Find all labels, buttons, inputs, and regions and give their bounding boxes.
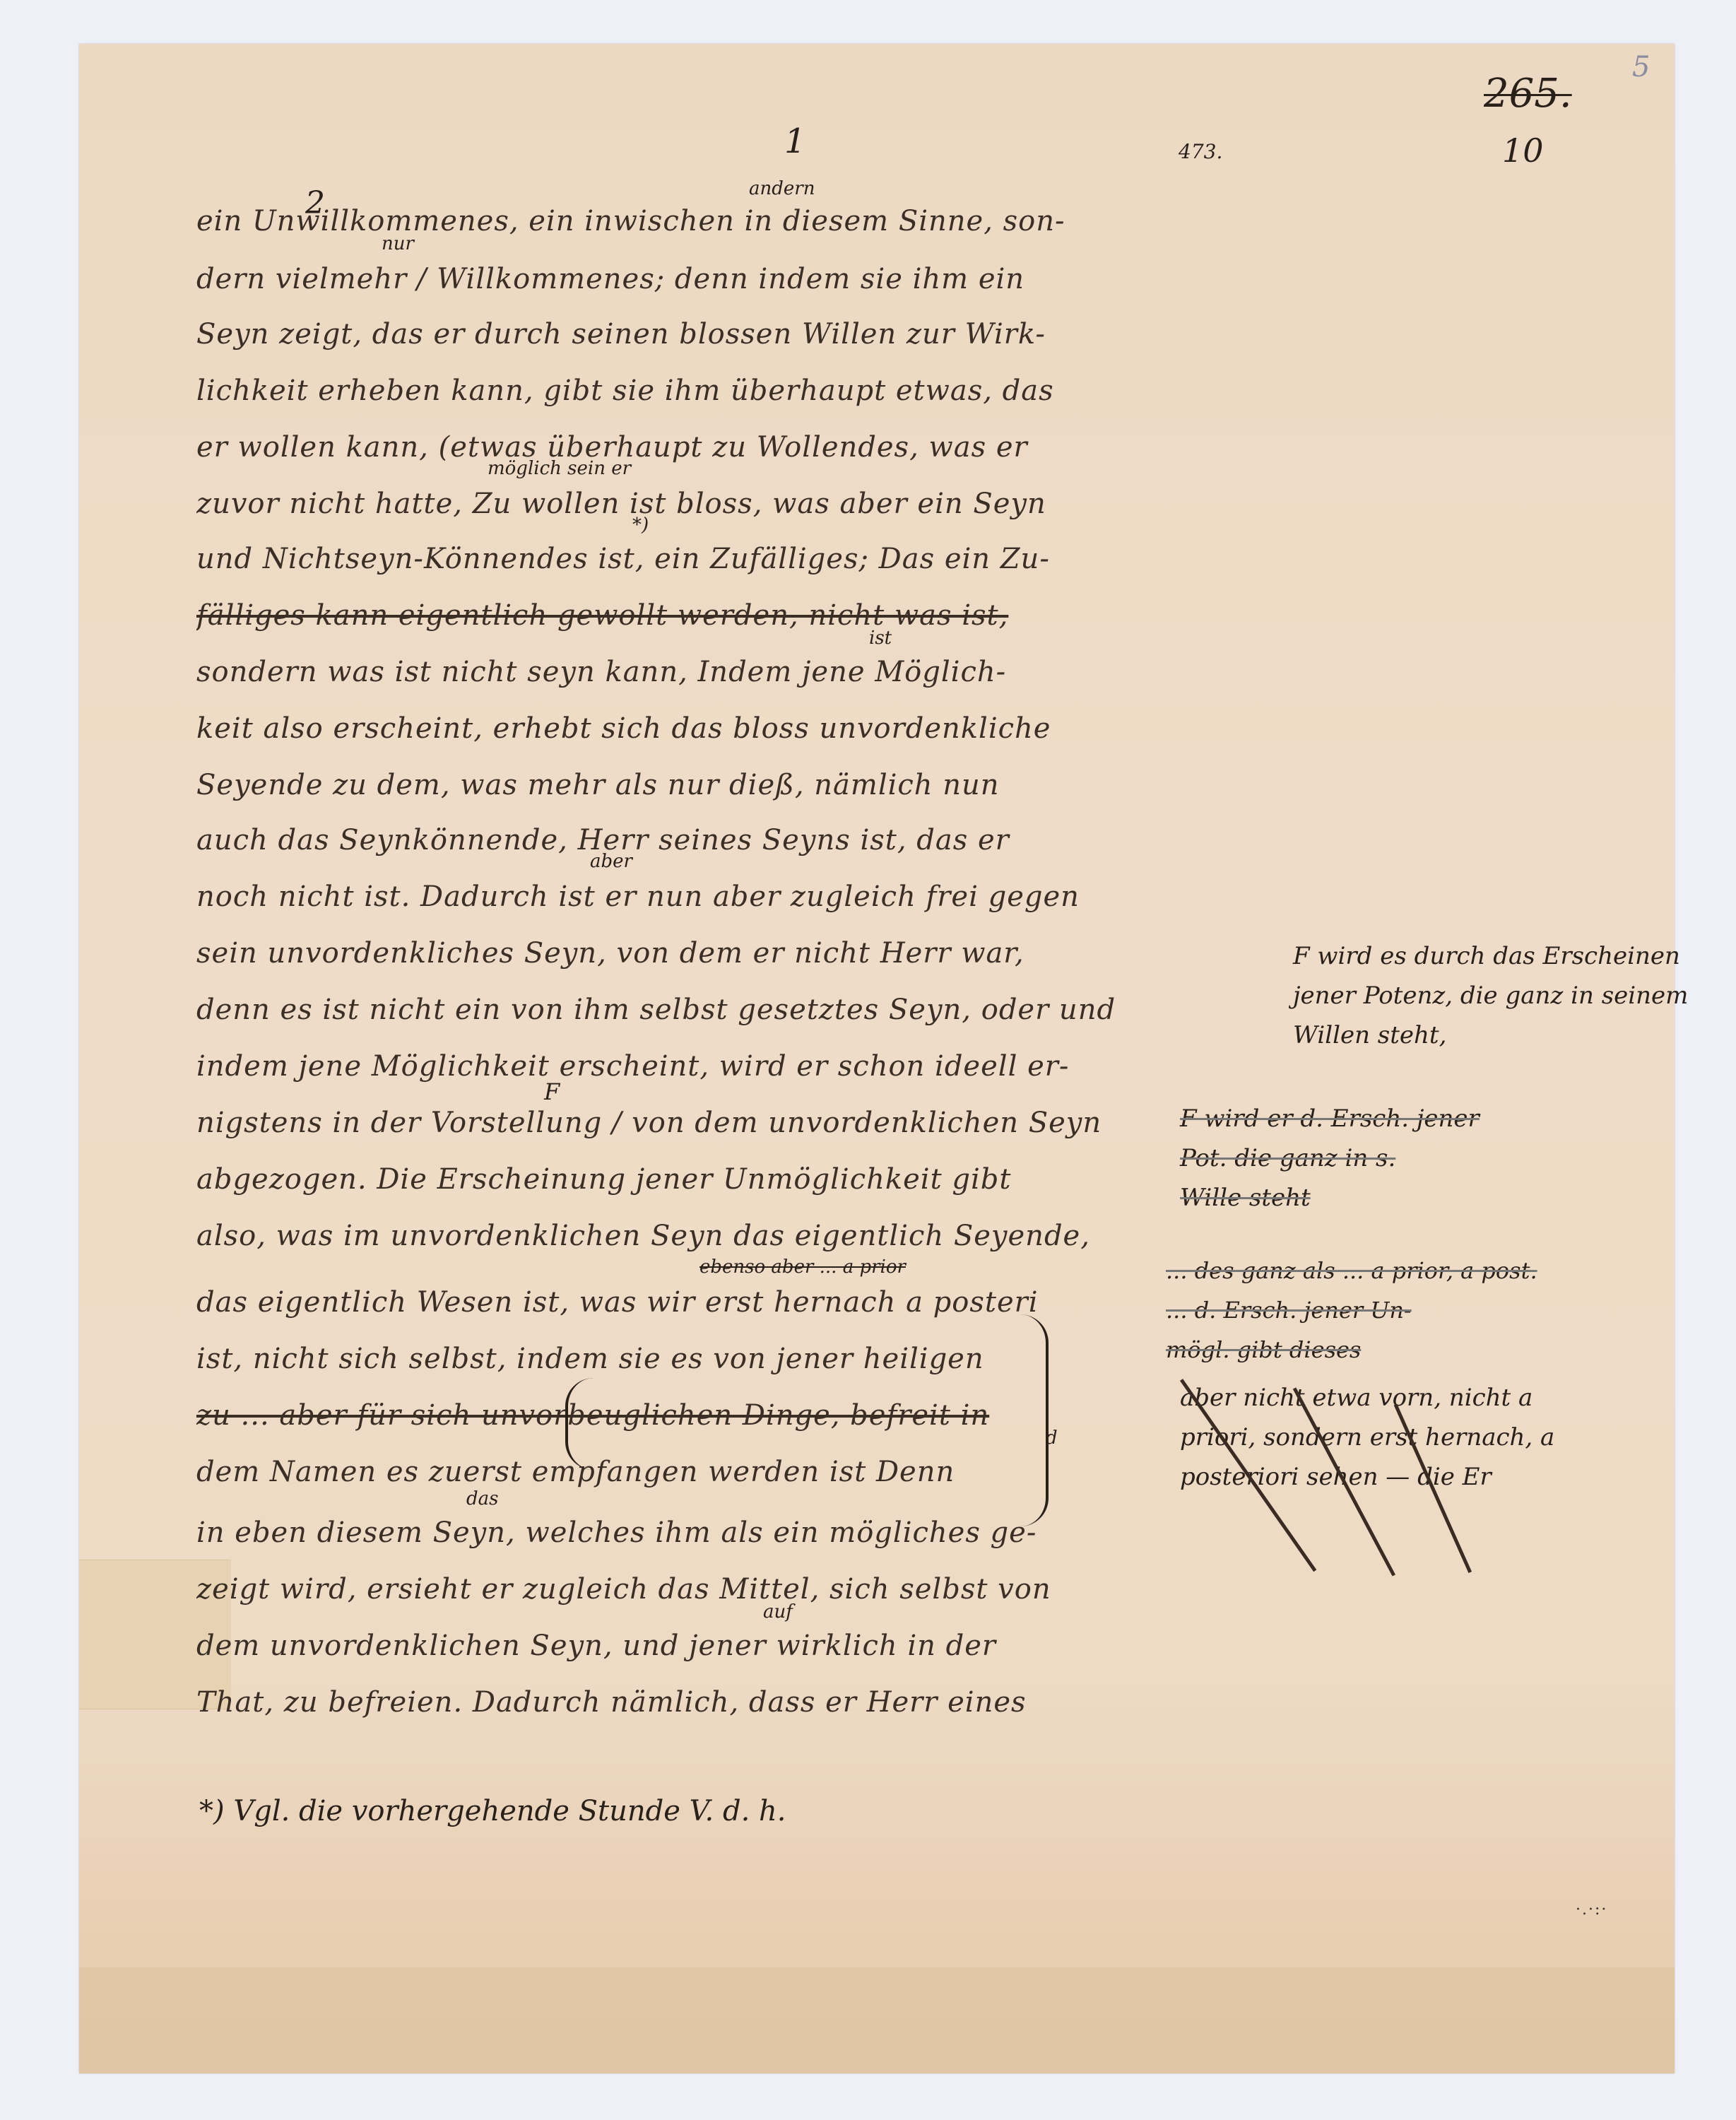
interlinear-insertion: ist <box>869 628 892 649</box>
margin-note-line: aber nicht etwa vorn, nicht a <box>1180 1378 1554 1418</box>
body-line: dem Namen es zuerst empfangen werden ist… <box>196 1456 1157 1488</box>
body-line: in eben diesem Seyn, welches ihm als ein… <box>196 1517 1157 1549</box>
body-line: That, zu befreien. Dadurch nämlich, dass… <box>196 1686 1157 1719</box>
insertion-bracket <box>565 1378 603 1470</box>
footnote: *) Vgl. die vorhergehende Stunde V. d. h… <box>199 1795 786 1827</box>
page-number: 473. <box>1179 140 1222 163</box>
body-line: Seyende zu dem, was mehr als nur dieß, n… <box>196 769 1157 801</box>
interlinear-insertion: nur <box>382 233 414 254</box>
interlinear-insertion: das <box>466 1488 499 1509</box>
ink-spots: ·.·:· <box>1576 1901 1607 1919</box>
interlinear-insertion: möglich sein er <box>488 458 631 479</box>
body-line: dem unvordenklichen Seyn, und jener wirk… <box>196 1630 1157 1662</box>
body-line: sein unvordenkliches Seyn, von dem er ni… <box>196 937 1157 970</box>
body-line: sondern was ist nicht seyn kann, Indem j… <box>196 656 1157 688</box>
body-line: keit also erscheint, erhebt sich das blo… <box>196 712 1157 745</box>
paper-stain-band <box>79 1967 1675 2073</box>
margin-note-struck: F wird er d. Ersch. jener Pot. die ganz … <box>1180 1099 1480 1218</box>
body-line: ein Unwillkommenes, ein inwischen in die… <box>196 205 1157 237</box>
body-line: ist, nicht sich selbst, indem sie es von… <box>196 1343 1157 1375</box>
body-line: das eigentlich Wesen ist, was wir erst h… <box>196 1286 1157 1319</box>
interlinear-insertion: ebenso aber ... a prior <box>699 1256 906 1278</box>
body-line: und Nichtseyn-Könnendes ist, ein Zufälli… <box>196 543 1157 575</box>
margin-note-line: posteriori sehen — die Er <box>1180 1457 1554 1497</box>
body-line-struck: fälliges kann eigentlich gewollt werden,… <box>196 599 1157 632</box>
pencil-folio-number: 5 <box>1632 51 1650 83</box>
body-line: also, was im unvordenklichen Seyn das ei… <box>196 1220 1157 1252</box>
body-line: Seyn zeigt, das er durch seinen blossen … <box>196 318 1157 351</box>
top-center-marker: 1 <box>784 122 806 161</box>
margin-note-struck: ... des ganz als ... a prior, a post. ..… <box>1166 1251 1537 1370</box>
interlinear-insertion: aber <box>590 851 632 872</box>
body-line: indem jene Möglichkeit erscheint, wird e… <box>196 1050 1157 1083</box>
interlinear-insertion: F <box>544 1078 560 1105</box>
body-line: lichkeit erheben kann, gibt sie ihm über… <box>196 375 1157 407</box>
old-folio-number: 265. <box>1484 71 1572 117</box>
body-line: abgezogen. Die Erscheinung jener Unmögli… <box>196 1163 1157 1196</box>
footnote-marker: *) <box>632 514 649 536</box>
body-line: zeigt wird, ersieht er zugleich das Mitt… <box>196 1573 1157 1606</box>
interlinear-insertion: auf <box>763 1601 793 1623</box>
body-line-struck: zu ... aber für sich unvorbeuglichen Din… <box>196 1399 1157 1432</box>
interlinear-insertion: andern <box>749 178 815 199</box>
body-line: auch das Seynkönnende, Herr seines Seyns… <box>196 824 1157 856</box>
body-line: dern vielmehr / Willkommenes; denn indem… <box>196 263 1157 295</box>
body-line: noch nicht ist. Dadurch ist er nun aber … <box>196 881 1157 913</box>
body-line: nigstens in der Vorstellung / von dem un… <box>196 1107 1157 1139</box>
margin-note: F wird es durch das Erscheinen jener Pot… <box>1293 936 1688 1055</box>
folio-number: 10 <box>1502 131 1544 170</box>
body-line: er wollen kann, (etwas überhaupt zu Woll… <box>196 431 1157 464</box>
body-line: denn es ist nicht ein von ihm selbst ges… <box>196 994 1157 1026</box>
insertion-bracket <box>1017 1314 1049 1526</box>
margin-note-latin: aber nicht etwa vorn, nicht a priori, so… <box>1180 1378 1554 1497</box>
margin-note-line: priori, sondern erst hernach, a <box>1180 1418 1554 1457</box>
body-line: zuvor nicht hatte, Zu wollen ist bloss, … <box>196 488 1157 520</box>
